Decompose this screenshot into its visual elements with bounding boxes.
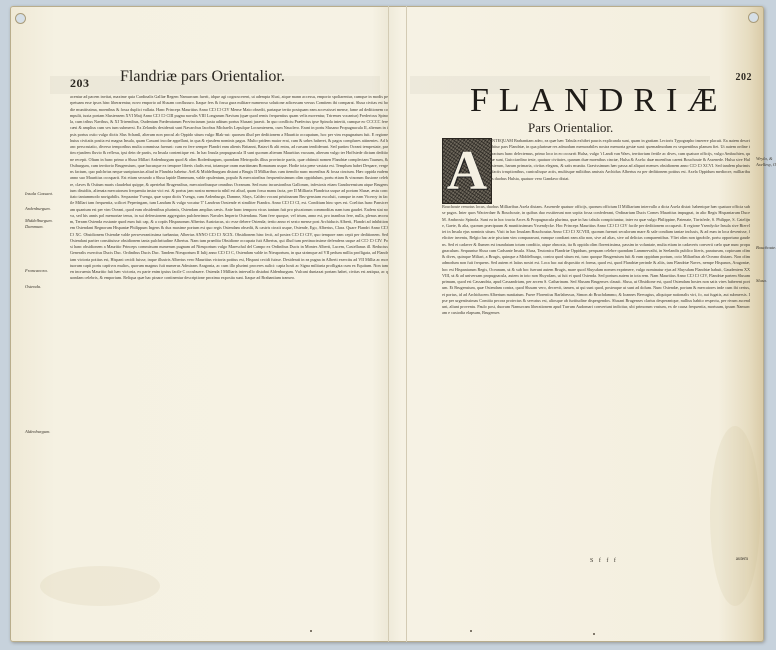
intro-text: NTEQUAM Brabantiam adeo, ea quæ hæc Tabu… [492,138,750,203]
main-title: FLANDRIÆ [470,82,728,120]
body-text: acentur ad pacem invitat, maxime quia Ca… [70,94,388,426]
margin-note: Slusa. [756,278,776,284]
margin-note: Middelburgum. Dammum. [25,218,57,229]
paper-stain [40,566,160,606]
decorated-initial: A [442,138,492,204]
paper-speck [593,633,595,635]
margin-note: Insula Cassant. [25,191,57,197]
margin-note: Aldenburgum. [25,429,57,435]
signature-mark: S f f f [590,558,618,564]
margin-note: Ostenda. [25,284,57,290]
gutter-fold-line [406,6,407,642]
page-number: 203 [70,76,90,91]
margin-note: Wryla, & Axellesy, Oppida. [756,156,776,167]
body-text: Bouchoute remotus locus, duobus Milliari… [442,204,750,560]
page-number: 202 [736,72,753,83]
running-title: Flandriæ pars Orientalior. [120,68,285,86]
catchword: autem [736,557,748,562]
margin-note: Bouchoute. [756,245,776,251]
initial-letter: A [447,143,487,199]
margin-note: Ardenburgum. [25,206,57,212]
paper-speck [470,630,472,632]
gutter-fold-line [388,6,389,642]
paper-speck [310,630,312,632]
binding-hole-left [15,13,26,24]
margin-note: Francanora. [25,268,57,274]
book-spread: 203 Flandriæ pars Orientalior. acentur a… [10,6,764,642]
subtitle: Pars Orientalior. [528,120,613,136]
binding-hole-right [748,12,759,23]
